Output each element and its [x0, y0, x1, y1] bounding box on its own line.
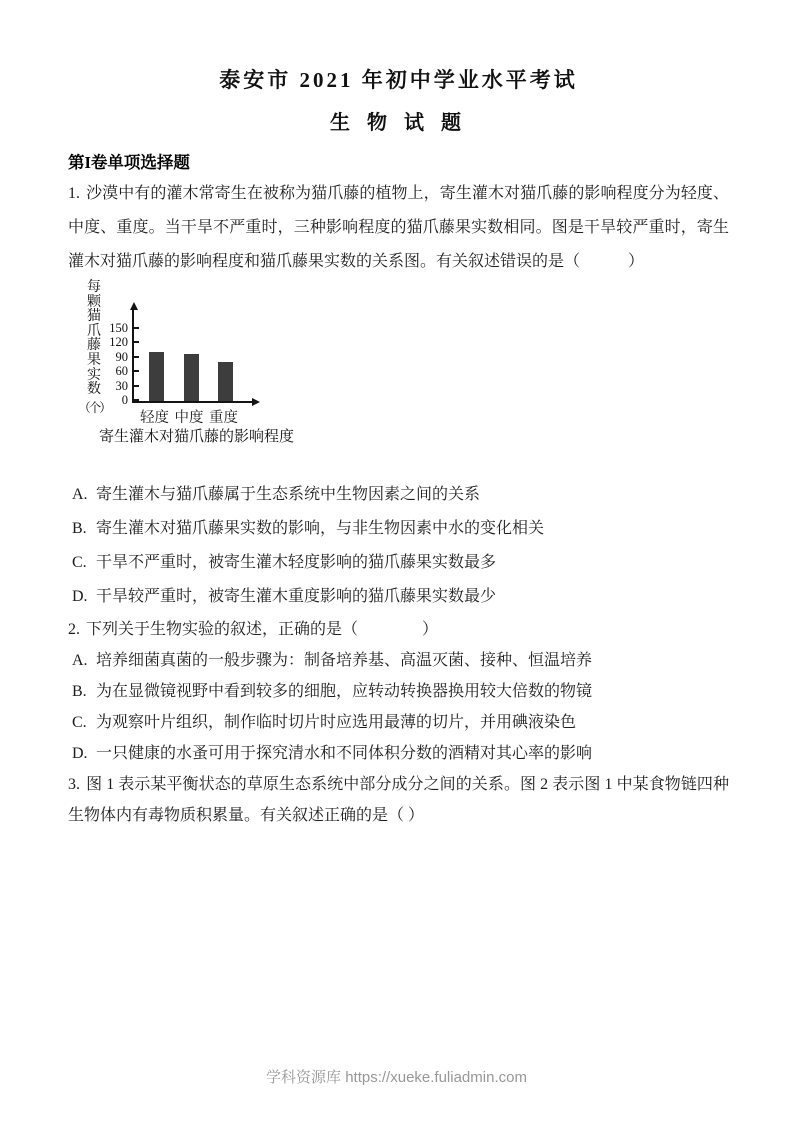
y-axis-label-char: 每	[87, 281, 101, 296]
footer-watermark: 学科资源库 https://xueke.fuliadmin.com	[0, 1066, 793, 1087]
option-letter: B.	[72, 512, 96, 546]
question-1: 1.沙漠中有的灌木常寄生在被称为猫爪藤的植物上，寄生灌木对猫爪藤的影响程度分为轻…	[68, 177, 729, 614]
option-row: B.寄生灌木对猫爪藤果实数的影响，与非生物因素中水的变化相关	[68, 512, 729, 546]
question-1-stem: 1.沙漠中有的灌木常寄生在被称为猫爪藤的植物上，寄生灌木对猫爪藤的影响程度分为轻…	[68, 177, 729, 279]
y-axis-tick	[134, 341, 139, 343]
chart-plot: 0306090120150	[132, 309, 252, 403]
question-2-stem: 2.下列关于生物实验的叙述，正确的是（ ）	[68, 614, 729, 645]
option-row: B.为在显微镜视野中看到较多的细胞，应转动转换器换用较大倍数的物镜	[68, 676, 729, 707]
option-row: D.干旱较严重时，被寄生灌木重度影响的猫爪藤果实数最少	[68, 580, 729, 614]
option-letter: C.	[72, 546, 96, 580]
option-letter: D.	[72, 738, 96, 769]
exam-title: 泰安市 2021 年初中学业水平考试	[68, 68, 729, 93]
y-axis-tick-label: 30	[98, 380, 128, 393]
y-axis-tick	[134, 385, 139, 387]
option-row: D.一只健康的水蚤可用于探究清水和不同体积分数的酒精对其心率的影响	[68, 738, 729, 769]
x-axis-tick-label: 中度	[172, 406, 206, 427]
y-axis-tick-label: 150	[98, 322, 128, 335]
question-3-number: 3.	[68, 776, 80, 793]
bar-中度	[184, 354, 199, 401]
question-2-number: 2.	[68, 621, 80, 638]
section-heading: 第I卷单项选择题	[68, 152, 729, 173]
question-2-stem-text: 下列关于生物实验的叙述，正确的是（ ）	[86, 621, 438, 638]
x-axis-tick-label: 重度	[207, 406, 241, 427]
question-2-options: A.培养细菌真菌的一般步骤为：制备培养基、高温灭菌、接种、恒温培养 B.为在显微…	[68, 645, 729, 769]
option-text: 为观察叶片组织，制作临时切片时应选用最薄的切片，并用碘液染色	[96, 707, 729, 738]
option-row: C.为观察叶片组织，制作临时切片时应选用最薄的切片，并用碘液染色	[68, 707, 729, 738]
y-axis-tick	[134, 399, 139, 401]
y-axis-arrow-icon	[130, 302, 138, 310]
option-letter: B.	[72, 676, 96, 707]
option-text: 寄生灌木对猫爪藤果实数的影响，与非生物因素中水的变化相关	[96, 512, 729, 546]
bar-chart: 每颗猫爪藤果实数 （个） 0306090120150 轻度中度重度 寄生灌木对猫…	[82, 281, 729, 444]
option-text: 为在显微镜视野中看到较多的细胞，应转动转换器换用较大倍数的物镜	[96, 676, 729, 707]
y-axis-tick-label: 60	[98, 365, 128, 378]
question-3: 3.图 1 表示某平衡状态的草原生态系统中部分成分之间的关系。图 2 表示图 1…	[68, 769, 729, 831]
x-tick-labels: 轻度中度重度	[132, 403, 294, 423]
question-2: 2.下列关于生物实验的叙述，正确的是（ ） A.培养细菌真菌的一般步骤为：制备培…	[68, 614, 729, 769]
option-text: 干旱较严重时，被寄生灌木重度影响的猫爪藤果实数最少	[96, 580, 729, 614]
exam-subtitle: 生 物 试 题	[68, 112, 729, 135]
option-row: A.寄生灌木与猫爪藤属于生态系统中生物因素之间的关系	[68, 478, 729, 512]
question-1-number: 1.	[68, 185, 80, 202]
question-3-stem-text: 图 1 表示某平衡状态的草原生态系统中部分成分之间的关系。图 2 表示图 1 中…	[68, 776, 729, 824]
bar-重度	[218, 362, 233, 401]
y-axis-tick	[134, 327, 139, 329]
option-text: 一只健康的水蚤可用于探究清水和不同体积分数的酒精对其心率的影响	[96, 738, 729, 769]
x-axis-tick-label: 轻度	[138, 406, 172, 427]
option-text: 寄生灌木与猫爪藤属于生态系统中生物因素之间的关系	[96, 478, 729, 512]
question-3-stem: 3.图 1 表示某平衡状态的草原生态系统中部分成分之间的关系。图 2 表示图 1…	[68, 769, 729, 831]
y-axis-tick-label: 120	[98, 336, 128, 349]
option-letter: A.	[72, 645, 96, 676]
option-letter: D.	[72, 580, 96, 614]
chart-plot-column: 0306090120150 轻度中度重度 寄生灌木对猫爪藤的影响程度	[132, 309, 294, 444]
y-axis-tick-label: 90	[98, 351, 128, 364]
option-letter: C.	[72, 707, 96, 738]
option-row: A.培养细菌真菌的一般步骤为：制备培养基、高温灭菌、接种、恒温培养	[68, 645, 729, 676]
option-text: 培养细菌真菌的一般步骤为：制备培养基、高温灭菌、接种、恒温培养	[96, 645, 729, 676]
y-axis-tick	[134, 356, 139, 358]
option-text: 干旱不严重时，被寄生灌木轻度影响的猫爪藤果实数最多	[96, 546, 729, 580]
option-letter: A.	[72, 478, 96, 512]
y-axis-tick	[134, 370, 139, 372]
y-axis-tick-label: 0	[98, 394, 128, 407]
question-1-options: A.寄生灌木与猫爪藤属于生态系统中生物因素之间的关系 B.寄生灌木对猫爪藤果实数…	[68, 478, 729, 614]
option-row: C.干旱不严重时，被寄生灌木轻度影响的猫爪藤果实数最多	[68, 546, 729, 580]
x-axis-caption: 寄生灌木对猫爪藤的影响程度	[99, 425, 294, 446]
question-1-stem-text: 沙漠中有的灌木常寄生在被称为猫爪藤的植物上，寄生灌木对猫爪藤的影响程度分为轻度、…	[68, 185, 729, 270]
exam-page: 泰安市 2021 年初中学业水平考试 生 物 试 题 第I卷单项选择题 1.沙漠…	[0, 0, 793, 831]
y-axis-label-char: 颗	[87, 296, 101, 311]
bar-轻度	[149, 352, 164, 401]
